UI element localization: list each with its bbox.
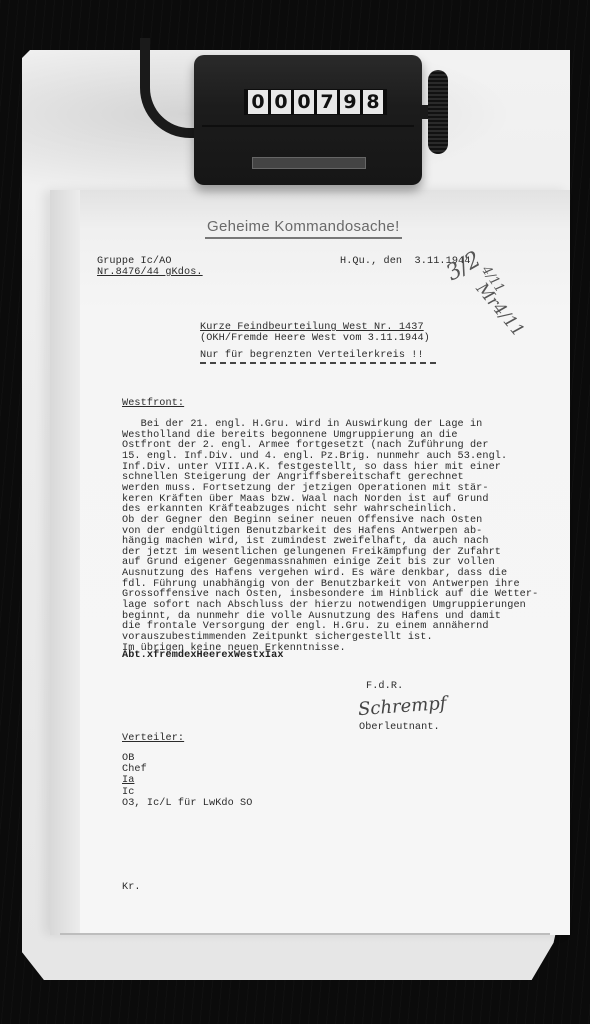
- counter-digit: 9: [340, 90, 360, 114]
- distribution-item: Ic: [122, 787, 134, 798]
- frame-counter: 0 0 0 7 9 8: [194, 55, 422, 185]
- fdr-label: F.d.R.: [366, 681, 403, 692]
- counter-digit: 0: [294, 90, 314, 114]
- sheet-fold: [50, 190, 80, 935]
- section-heading: Westfront:: [122, 398, 184, 409]
- reference-number: Nr.8476/44 gKdos.: [97, 267, 203, 278]
- counter-digit: 0: [271, 90, 291, 114]
- rank-label: Oberleutnant.: [359, 722, 440, 733]
- struck-out-line: Abt.xfremdexHeerexWestxIax: [122, 650, 284, 661]
- document-source: (OKH/Fremde Heere West vom 3.11.1944): [200, 333, 430, 344]
- group-label: Gruppe Ic/AO: [97, 256, 172, 267]
- counter-slot: [252, 157, 366, 169]
- distribution-item: O3, Ic/L für LwKdo SO: [122, 798, 252, 809]
- sheet-edge: [60, 933, 550, 935]
- counter-digit: 8: [363, 90, 383, 114]
- distribution-item: Ia: [122, 775, 134, 786]
- distribution-note: Nur für begrenzten Verteilerkreis !!: [200, 350, 424, 361]
- counter-knob-icon: [428, 70, 448, 154]
- distribution-heading: Verteiler:: [122, 733, 184, 744]
- counter-digit: 0: [248, 90, 268, 114]
- distribution-item: OB: [122, 753, 134, 764]
- counter-seam: [202, 125, 414, 127]
- counter-digit: 7: [317, 90, 337, 114]
- typist-mark: Kr.: [122, 882, 141, 893]
- secret-stamp: Geheime Kommandosache!: [205, 218, 402, 239]
- dashed-divider: [200, 362, 436, 364]
- document-title: Kurze Feindbeurteilung West Nr. 1437: [200, 322, 424, 333]
- counter-display: 0 0 0 7 9 8: [244, 89, 387, 115]
- distribution-item: Chef: [122, 764, 147, 775]
